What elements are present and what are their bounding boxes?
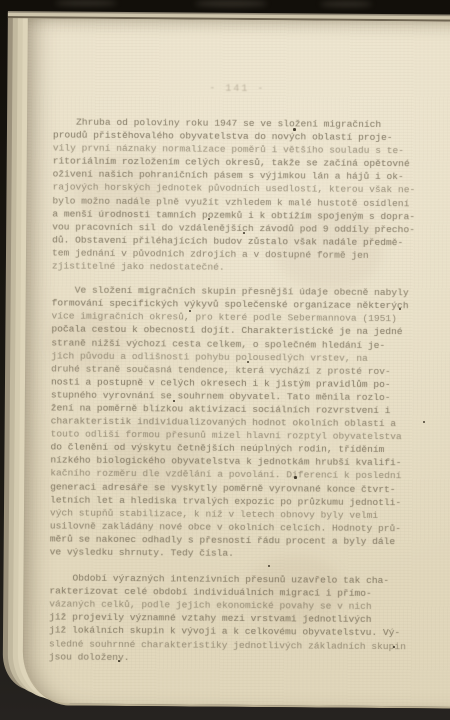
ink-speck <box>393 646 395 648</box>
ink-speck <box>268 565 270 567</box>
text-line: zjistitelné jako nedostatečné. <box>52 259 446 275</box>
ink-speck <box>189 310 191 312</box>
page: - 141 - Zhruba od poloviny roku 1947 se … <box>22 18 450 708</box>
ink-speck <box>243 232 245 234</box>
text-line: ve výsledku shrnuty. Tedy čísla. <box>50 545 444 561</box>
scanned-book-photo: - 141 - Zhruba od poloviny roku 1947 se … <box>0 0 450 720</box>
typewritten-text: Zhruba od poloviny roku 1947 se ve slože… <box>49 115 447 677</box>
text-line: jsou doloženy. <box>49 650 443 666</box>
paragraph: Období výrazných intenzivních přesunů uz… <box>49 572 444 667</box>
book: - 141 - Zhruba od poloviny roku 1947 se … <box>0 0 450 720</box>
ink-speck <box>173 400 175 402</box>
ink-speck <box>294 476 297 479</box>
ink-speck <box>399 308 401 310</box>
paragraph: Zhruba od poloviny roku 1947 se ve slože… <box>52 115 447 275</box>
paragraph: Ve složení migračních skupin přesnější ú… <box>50 284 446 562</box>
ink-speck <box>293 128 296 131</box>
ink-speck <box>118 660 120 662</box>
